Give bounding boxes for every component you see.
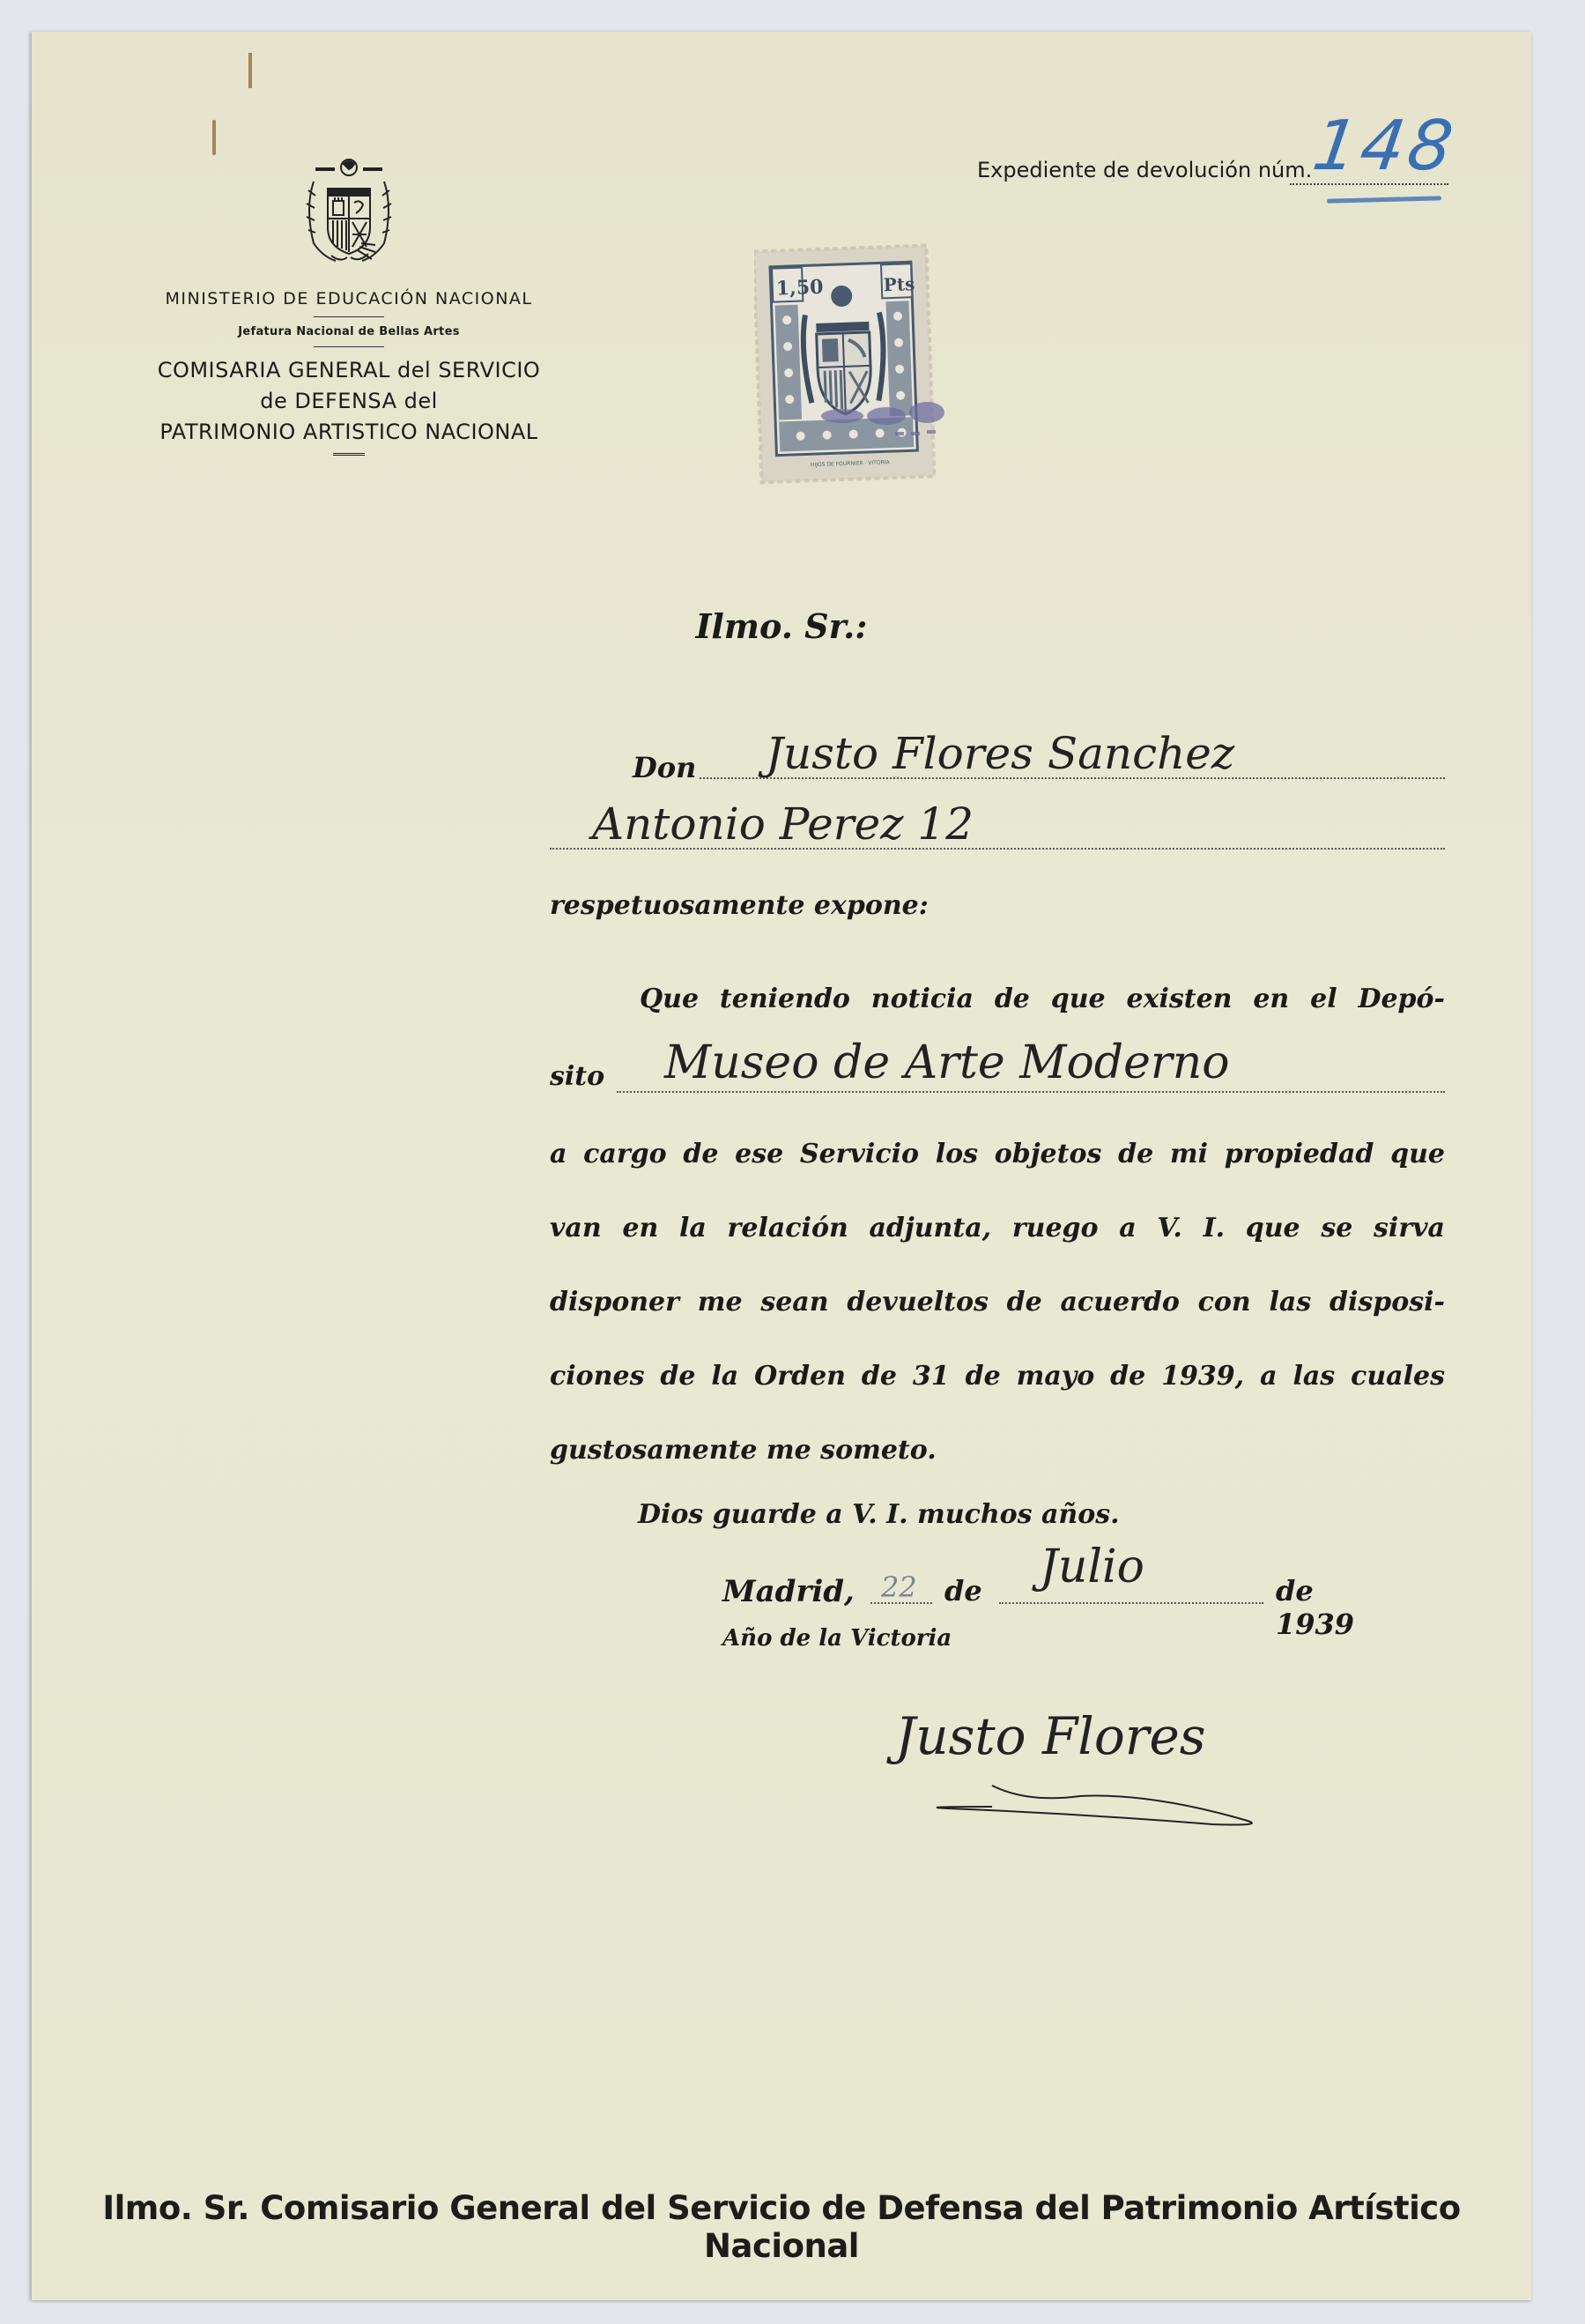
- expone-label: respetuosamente expone:: [550, 890, 1445, 921]
- letterhead: MINISTERIO DE EDUCACIÓN NACIONAL Jefatur…: [129, 155, 569, 458]
- city-label: Madrid,: [722, 1574, 855, 1609]
- petitioner-address-row: Antonio Perez 12: [550, 798, 1445, 851]
- don-label: Don: [633, 751, 696, 784]
- body-line-6: ciones de la Orden de 31 de mayo de 1939…: [550, 1361, 1445, 1392]
- body-line-1: Que teniendo noticia de que existen en e…: [640, 984, 1445, 1014]
- revenue-stamp: 1,50 Pts HIJOS DE FOURNIER · VITORIA: [754, 243, 946, 490]
- signature-flourish: [860, 1689, 1265, 1830]
- expediente-label: Expediente de devolución núm.: [977, 158, 1312, 182]
- signature: Justo Flores: [860, 1689, 1265, 1830]
- jefatura-name: Jefatura Nacional de Bellas Artes: [129, 325, 569, 338]
- staple-mark: [212, 120, 216, 155]
- date-day: 22: [881, 1570, 917, 1604]
- svg-text:1,50: 1,50: [775, 276, 823, 301]
- date-year: de 1939: [1276, 1574, 1392, 1641]
- date-row: Madrid, 22 de Julio de 1939: [722, 1548, 1392, 1609]
- body-line-3: a cargo de ese Servicio los objetos de m…: [550, 1139, 1445, 1169]
- svg-text:Pts: Pts: [883, 273, 915, 295]
- sito-label: sito: [550, 1061, 604, 1092]
- comisaria-line-1: COMISARIA GENERAL del SERVICIO: [129, 355, 569, 386]
- staple-mark: [248, 53, 252, 88]
- date-de-label: de: [944, 1574, 982, 1607]
- double-rule: [333, 453, 365, 458]
- spanish-coat-of-arms-icon: [296, 155, 402, 270]
- comisaria-line-3: PATRIMONIO ARTISTICO NACIONAL: [129, 417, 569, 448]
- petitioner-name-row: Don Justo Flores Sanchez: [550, 728, 1445, 781]
- salutation: Ilmo. Sr.:: [32, 606, 1531, 646]
- month-dotted-line: [999, 1602, 1263, 1604]
- body-line-4: van en la relación adjunta, ruego a V. I…: [550, 1213, 1445, 1244]
- addressee-footer: Ilmo. Sr. Comisario General del Servicio…: [32, 2189, 1531, 2265]
- body-line-5: disponer me sean devueltos de acuerdo co…: [550, 1287, 1445, 1318]
- divider: [314, 346, 384, 347]
- body-line-7: gustosamente me someto.: [550, 1435, 1445, 1466]
- comisaria-line-2: de DEFENSA del: [129, 386, 569, 417]
- date-month: Julio: [1040, 1541, 1144, 1593]
- closing: Dios guarde a V. I. muchos años.: [638, 1499, 1533, 1530]
- deposito-row: sito Museo de Arte Moderno: [550, 1036, 1445, 1089]
- petitioner-name: Justo Flores Sanchez: [766, 728, 1234, 779]
- divider: [314, 316, 384, 317]
- era-label: Año de la Victoria: [722, 1625, 952, 1652]
- deposito-name: Museo de Arte Moderno: [664, 1036, 1230, 1089]
- expediente-number: 148: [1308, 107, 1462, 186]
- petitioner-address: Antonio Perez 12: [592, 798, 974, 850]
- document-page: MINISTERIO DE EDUCACIÓN NACIONAL Jefatur…: [32, 32, 1531, 2300]
- expediente-underline: [1327, 196, 1441, 203]
- deposito-dotted-line: [617, 1091, 1445, 1093]
- ministry-name: MINISTERIO DE EDUCACIÓN NACIONAL: [129, 289, 569, 308]
